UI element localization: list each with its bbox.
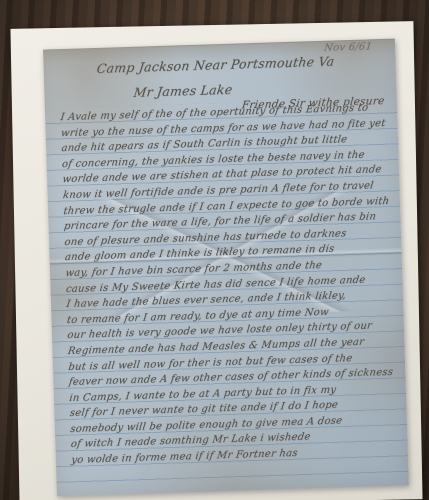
letter-addressee-text: Mr James Lake xyxy=(133,82,234,100)
letter-date: Nov 6/61 xyxy=(323,41,371,54)
letter-body: I Avale my self of the of the opertunity… xyxy=(59,100,402,469)
letter-heading-text: Camp Jackson Near Portsmouthe Va xyxy=(96,53,335,76)
letter-paper: Nov 6/61 Camp Jackson Near Portsmouthe V… xyxy=(43,39,409,497)
letter-date-text: Nov 6/61 xyxy=(323,41,372,54)
letter-heading: Camp Jackson Near Portsmouthe Va xyxy=(95,54,333,76)
letter-addressee: Mr James Lake xyxy=(132,82,231,100)
